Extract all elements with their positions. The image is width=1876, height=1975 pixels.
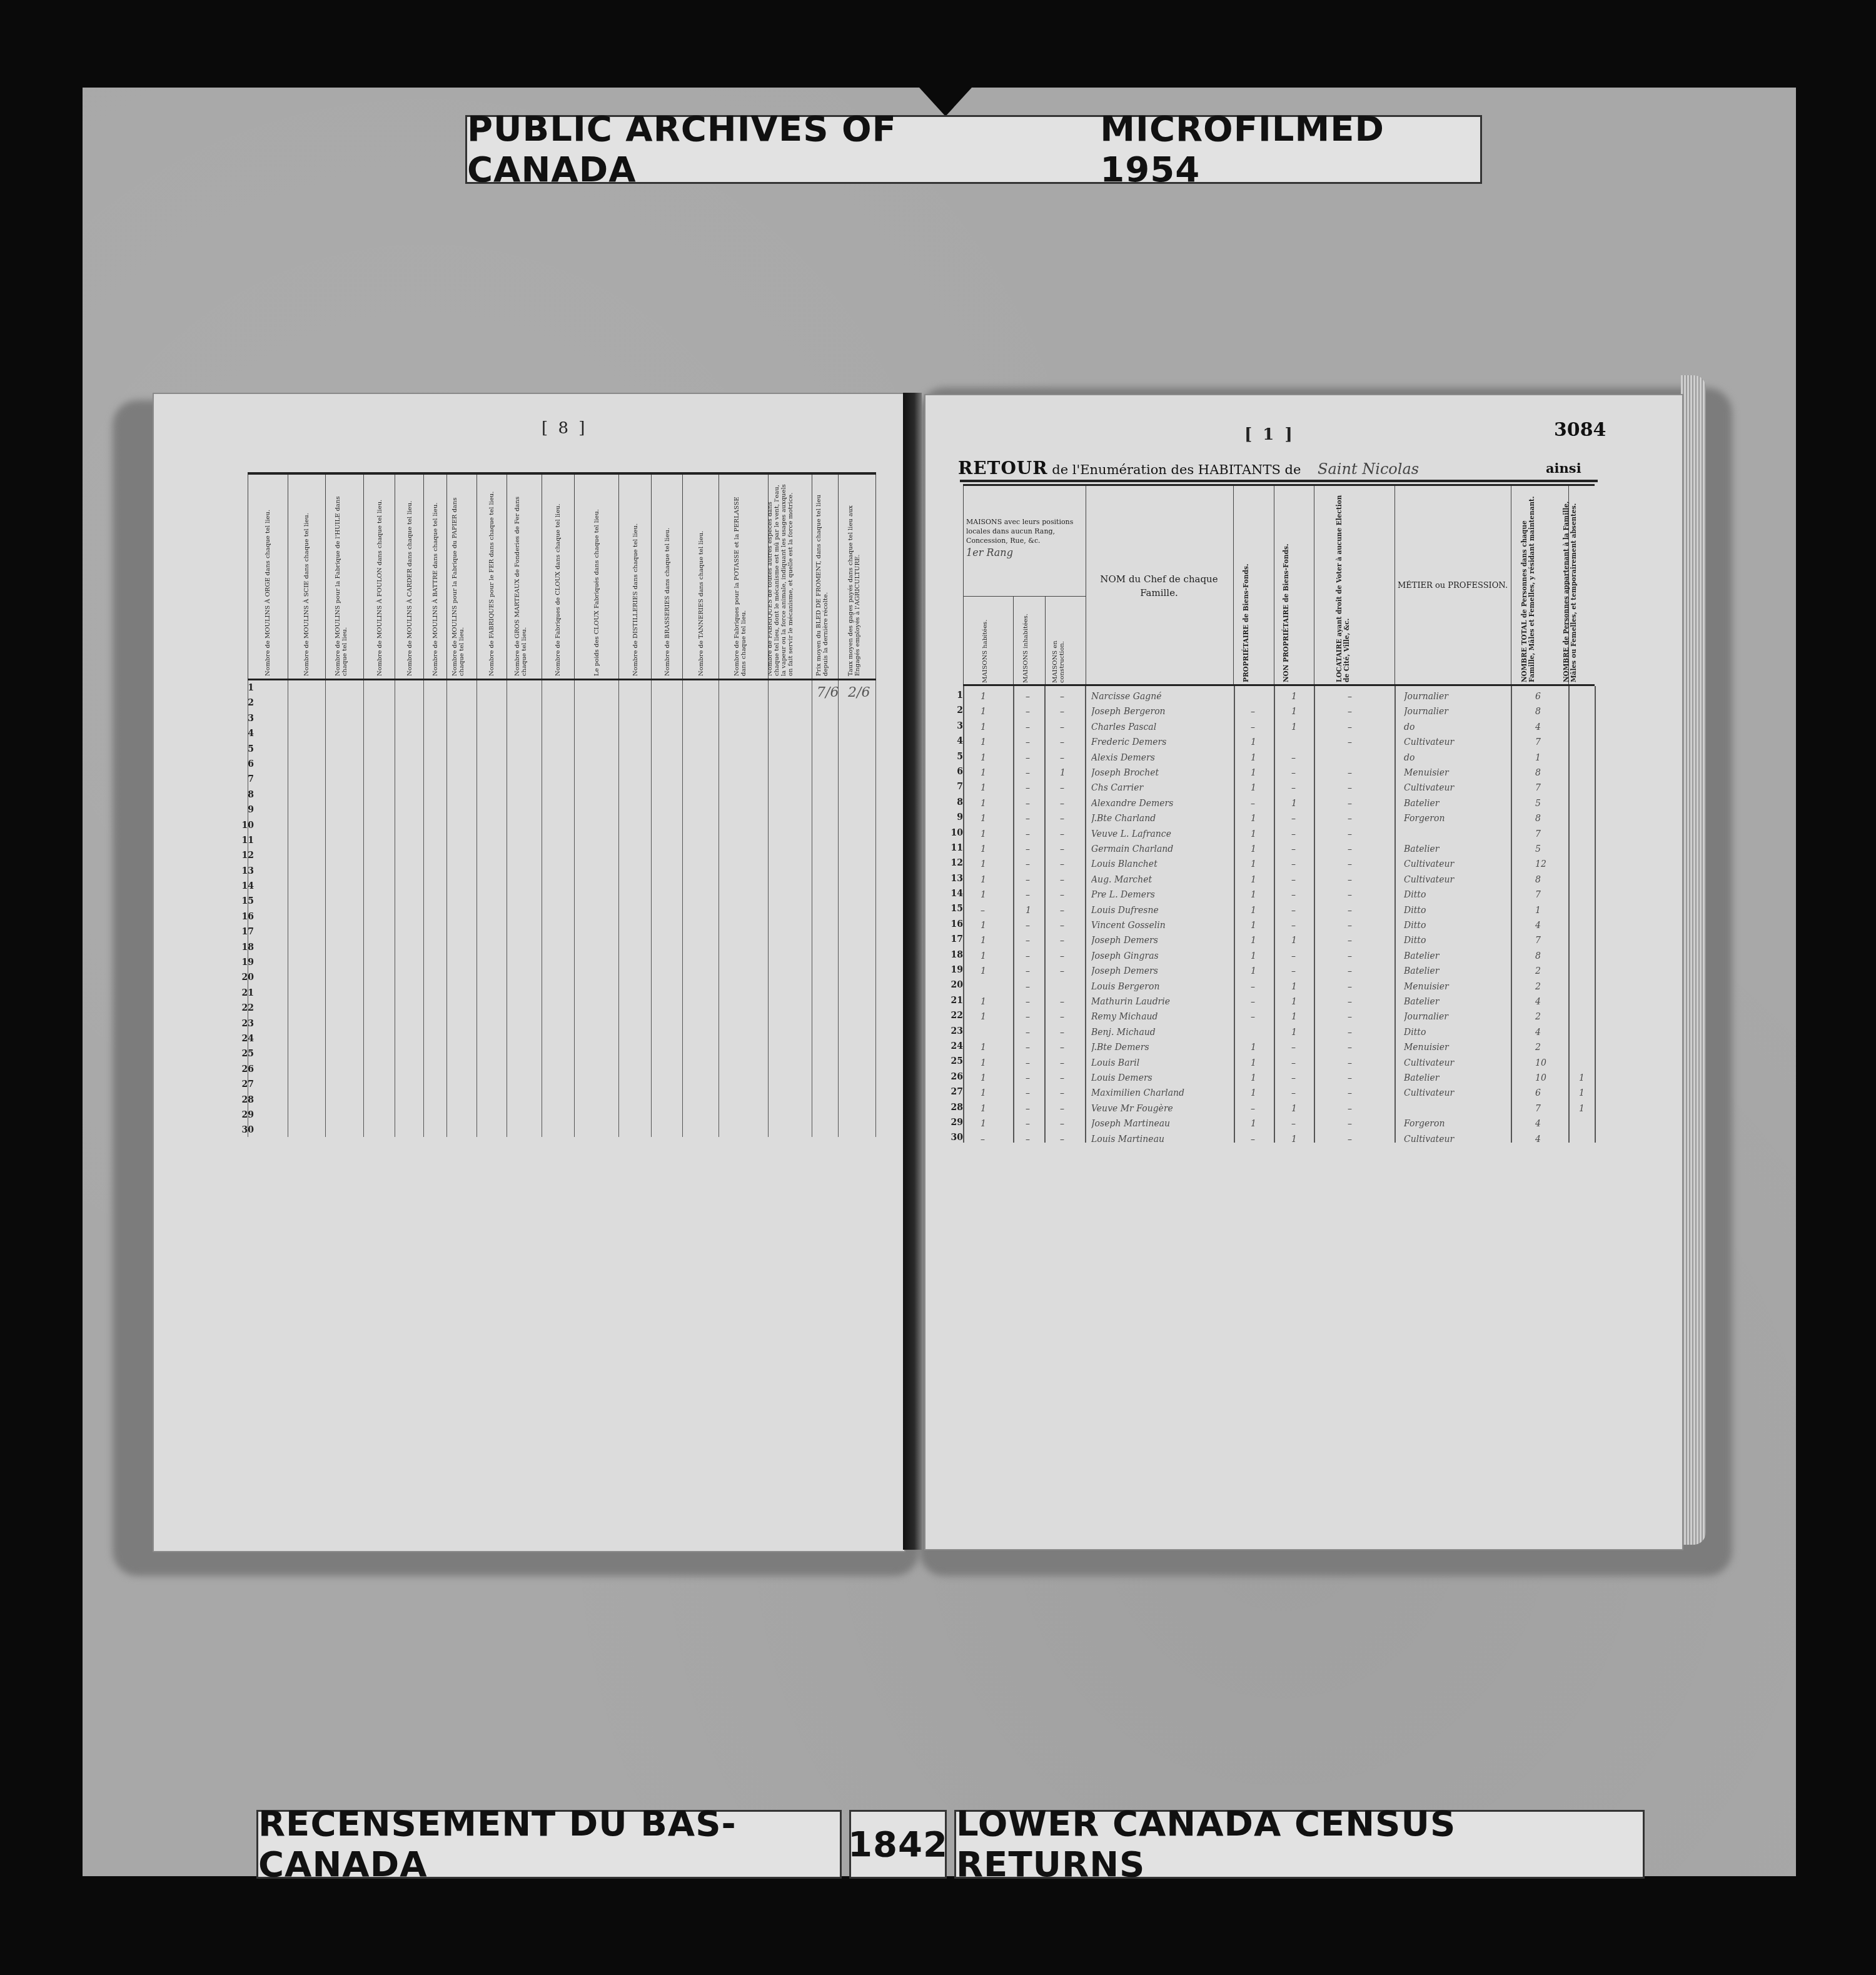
left-grid-column bbox=[424, 680, 446, 1137]
cell-prop: 1 bbox=[1251, 737, 1256, 747]
table-row: 1––Joseph Bergeron–1–Journalier8 bbox=[963, 705, 1595, 720]
cell-hab: 1 bbox=[981, 722, 986, 732]
cell-nom: Vincent Gosselin bbox=[1091, 921, 1232, 931]
table-row: 1––Louis Blanchet1––Cultivateur12 bbox=[963, 858, 1595, 873]
cell-con: 1 bbox=[1060, 768, 1066, 778]
left-grid-column bbox=[652, 680, 683, 1137]
cell-abs: 1 bbox=[1579, 1073, 1585, 1083]
table-row: 1––Louis Demers1––Batelier101 bbox=[963, 1072, 1595, 1087]
cell-hab: 1 bbox=[981, 799, 986, 809]
left-column-header-text: Nombre de MOULINS À SCIE dans chaque tel… bbox=[303, 482, 310, 676]
cell-total: 7 bbox=[1535, 890, 1541, 900]
cell-total: 4 bbox=[1535, 1134, 1541, 1144]
cell-nom: Maximilien Charland bbox=[1091, 1088, 1232, 1098]
cell-metier: Ditto bbox=[1404, 921, 1507, 931]
title-middle: de l'Enumération des HABITANTS de bbox=[1052, 462, 1301, 477]
left-row-number: 23 bbox=[241, 1019, 254, 1034]
cell-con: – bbox=[1060, 737, 1064, 747]
left-row-number: 15 bbox=[241, 896, 254, 911]
left-row-number: 3 bbox=[241, 714, 254, 729]
cell-hab: 1 bbox=[981, 997, 986, 1007]
cell-con: – bbox=[1060, 1073, 1064, 1083]
table-row: 1––Alexandre Demers–1–Batelier5 bbox=[963, 797, 1595, 812]
left-column-header-text: Prix moyen du BLED DE FROMENT, dans chaq… bbox=[815, 482, 829, 676]
cell-nom: Charles Pascal bbox=[1091, 722, 1232, 732]
cell-con: – bbox=[1060, 1028, 1064, 1038]
right-page-number: [ 1 ] bbox=[1244, 425, 1295, 444]
table-row: –––Louis Martineau–1–Cultivateur4 bbox=[963, 1133, 1595, 1148]
right-row-number: 10 bbox=[938, 828, 963, 843]
cell-prop: 1 bbox=[1251, 768, 1256, 778]
rang-label: 1er Rang bbox=[966, 548, 1082, 557]
cell-loc: – bbox=[1348, 875, 1352, 885]
cell-abs: 1 bbox=[1579, 1104, 1585, 1114]
cell-nonprop: 1 bbox=[1291, 722, 1297, 732]
cell-metier: Batelier bbox=[1404, 799, 1507, 809]
left-grid-column bbox=[812, 680, 839, 1137]
cell-nom: Frederic Demers bbox=[1091, 737, 1232, 747]
left-page-grid bbox=[248, 679, 876, 1137]
table-row: 1––Veuve Mr Fougère–1–71 bbox=[963, 1103, 1595, 1118]
cell-con: – bbox=[1060, 707, 1064, 717]
cell-total: 4 bbox=[1535, 1119, 1541, 1129]
header-maisons-construction: MAISONS en construction. bbox=[1052, 599, 1066, 683]
right-row-number: 30 bbox=[938, 1133, 963, 1148]
cell-con: – bbox=[1060, 829, 1064, 839]
cell-loc: – bbox=[1348, 906, 1352, 916]
cell-con: – bbox=[1060, 875, 1064, 885]
left-column-header-text: Nombre de FABRIQUES pour le FER dans cha… bbox=[488, 482, 495, 676]
table-row: 1––Germain Charland1––Batelier5 bbox=[963, 843, 1595, 858]
left-column-header: Nombre de MOULINS À SCIE dans chaque tel… bbox=[288, 475, 326, 681]
cell-inh: – bbox=[1026, 1043, 1030, 1053]
cell-nonprop: – bbox=[1291, 859, 1296, 869]
cell-nonprop: – bbox=[1291, 1088, 1296, 1098]
cell-nom: Joseph Martineau bbox=[1091, 1119, 1232, 1129]
cell-nom: J.Bte Demers bbox=[1091, 1043, 1232, 1053]
right-page-column-headers: MAISONS avec leurs positions locales dan… bbox=[963, 484, 1595, 686]
left-row-number: 21 bbox=[241, 988, 254, 1003]
right-row-number: 15 bbox=[938, 904, 963, 919]
cell-total: 6 bbox=[1535, 692, 1541, 702]
right-row-number: 22 bbox=[938, 1011, 963, 1026]
cell-inh: – bbox=[1026, 1104, 1030, 1114]
archive-name: PUBLIC ARCHIVES OF CANADA bbox=[467, 109, 1052, 190]
cell-loc: – bbox=[1348, 1058, 1352, 1068]
cell-prop: 1 bbox=[1251, 1073, 1256, 1083]
cell-hab: 1 bbox=[981, 921, 986, 931]
left-row-number: 27 bbox=[241, 1079, 254, 1094]
archive-banner-top: PUBLIC ARCHIVES OF CANADA MICROFILMED 19… bbox=[465, 115, 1482, 184]
cell-nom: Joseph Bergeron bbox=[1091, 707, 1232, 717]
left-row-number: 2 bbox=[241, 698, 254, 713]
cell-metier: Forgeron bbox=[1404, 814, 1507, 824]
left-grid-column bbox=[719, 680, 769, 1137]
cell-nonprop: – bbox=[1291, 921, 1296, 931]
cell-nom: J.Bte Charland bbox=[1091, 814, 1232, 824]
right-row-numbers: 1234567891011121314151617181920212223242… bbox=[938, 690, 963, 1148]
cell-prop: – bbox=[1251, 707, 1255, 717]
cell-inh: – bbox=[1026, 722, 1030, 732]
cell-con: – bbox=[1060, 814, 1064, 824]
cell-inh: – bbox=[1026, 997, 1030, 1007]
cell-con: – bbox=[1060, 844, 1064, 854]
cell-con: – bbox=[1060, 890, 1064, 900]
table-row: –Louis Bergeron–1–Menuisier2 bbox=[963, 981, 1595, 996]
table-row: 1––Charles Pascal–1–do4 bbox=[963, 721, 1595, 736]
cell-prop: 1 bbox=[1251, 829, 1256, 839]
cell-nonprop: – bbox=[1291, 1058, 1296, 1068]
cell-prop: – bbox=[1251, 1134, 1255, 1144]
left-row-number: 18 bbox=[241, 942, 254, 957]
left-column-header-text: Nombre de Fabriques de CLOUX dans chaque… bbox=[555, 482, 562, 676]
right-row-number: 1 bbox=[938, 690, 963, 705]
cell-nom: Veuve L. Lafrance bbox=[1091, 829, 1232, 839]
right-row-number: 13 bbox=[938, 874, 963, 889]
left-column-header: Nombre de MOULINS À CARDER dans chaque t… bbox=[395, 475, 424, 681]
cell-inh: – bbox=[1026, 859, 1030, 869]
cell-loc: – bbox=[1348, 966, 1352, 976]
maisons-header: MAISONS avec leurs positions locales dan… bbox=[963, 486, 1086, 686]
cell-total: 7 bbox=[1535, 1104, 1541, 1114]
cell-nonprop: – bbox=[1291, 890, 1296, 900]
table-row: 1––Chs Carrier1––Cultivateur7 bbox=[963, 782, 1595, 797]
cell-hab: 1 bbox=[981, 875, 986, 885]
cell-prop: – bbox=[1251, 722, 1255, 732]
cell-inh: – bbox=[1026, 844, 1030, 854]
title-suffix: ainsi bbox=[1546, 460, 1581, 476]
cell-nonprop: – bbox=[1291, 844, 1296, 854]
right-row-number: 20 bbox=[938, 980, 963, 995]
left-grid-column bbox=[683, 680, 719, 1137]
cell-inh: – bbox=[1026, 814, 1030, 824]
cell-nom: Joseph Gingras bbox=[1091, 951, 1232, 961]
table-row: 1––Alexis Demers1–do1 bbox=[963, 752, 1595, 767]
cell-nonprop: – bbox=[1291, 829, 1296, 839]
cell-total: 1 bbox=[1535, 906, 1541, 916]
cell-nom: Narcisse Gagné bbox=[1091, 692, 1232, 702]
header-locataire: LOCATAIRE ayant droit de Voter à aucune … bbox=[1336, 495, 1351, 682]
cell-con: – bbox=[1060, 951, 1064, 961]
left-row-number: 26 bbox=[241, 1064, 254, 1079]
cell-metier: Cultivateur bbox=[1404, 1134, 1507, 1144]
cell-total: 7 bbox=[1535, 936, 1541, 946]
right-row-number: 19 bbox=[938, 965, 963, 980]
title-retour: RETOUR bbox=[958, 458, 1048, 478]
left-row-number: 16 bbox=[241, 912, 254, 927]
left-row-number: 8 bbox=[241, 790, 254, 805]
cell-prop: 1 bbox=[1251, 1043, 1256, 1053]
cell-inh: – bbox=[1026, 1028, 1030, 1038]
cell-nom: Joseph Brochet bbox=[1091, 768, 1232, 778]
cell-total: 5 bbox=[1535, 844, 1541, 854]
left-page-column-headers: Nombre de MOULINS À ORGE dans chaque tel… bbox=[248, 472, 876, 681]
header-proprietaire: PROPRIÉTAIRE de Biens-Fonds. bbox=[1243, 495, 1250, 682]
cell-inh: – bbox=[1026, 829, 1030, 839]
cell-total: 12 bbox=[1535, 859, 1546, 869]
cell-metier: Cultivateur bbox=[1404, 859, 1507, 869]
table-row: 1––Frederic Demers1–Cultivateur7 bbox=[963, 736, 1595, 751]
cell-loc: – bbox=[1348, 1073, 1352, 1083]
right-row-number: 11 bbox=[938, 843, 963, 858]
cell-nonprop: 1 bbox=[1291, 799, 1297, 809]
cell-total: 8 bbox=[1535, 814, 1541, 824]
left-column-header-text: Nombre de GROS MARTEAUX de Fonderies de … bbox=[514, 482, 528, 676]
cell-nonprop: 1 bbox=[1291, 1012, 1297, 1022]
cell-loc: – bbox=[1348, 1134, 1352, 1144]
cell-con: – bbox=[1060, 1043, 1064, 1053]
left-column-header: Nombre de MOULINS pour la Fabrique de l'… bbox=[326, 475, 365, 681]
cell-nom: Chs Carrier bbox=[1091, 783, 1232, 793]
right-row-number: 25 bbox=[938, 1056, 963, 1071]
right-row-number: 16 bbox=[938, 919, 963, 934]
cell-nonprop: 1 bbox=[1291, 707, 1297, 717]
cell-inh: 1 bbox=[1026, 906, 1031, 916]
table-row: 1––Joseph Martineau1––Forgeron4 bbox=[963, 1118, 1595, 1133]
cell-total: 7 bbox=[1535, 829, 1541, 839]
cell-loc: – bbox=[1348, 890, 1352, 900]
cell-inh: – bbox=[1026, 936, 1030, 946]
cell-loc: – bbox=[1348, 951, 1352, 961]
table-row: ––Benj. Michaud1–Ditto4 bbox=[963, 1026, 1595, 1041]
left-row-number: 1 bbox=[241, 683, 254, 698]
cell-hab: 1 bbox=[981, 829, 986, 839]
left-column-header-text: Le poids des CLOUX Fabriqués dans chaque… bbox=[593, 482, 600, 676]
right-row-number: 3 bbox=[938, 721, 963, 736]
cell-hab: 1 bbox=[981, 859, 986, 869]
left-grid-column bbox=[575, 680, 620, 1137]
cell-total: 2 bbox=[1535, 982, 1541, 992]
left-grid-column bbox=[619, 680, 652, 1137]
left-row-number: 28 bbox=[241, 1095, 254, 1110]
cell-loc: – bbox=[1348, 982, 1352, 992]
cell-total: 8 bbox=[1535, 875, 1541, 885]
cell-inh: – bbox=[1026, 1119, 1030, 1129]
cell-prop: 1 bbox=[1251, 875, 1256, 885]
cell-inh: – bbox=[1026, 890, 1030, 900]
right-row-number: 18 bbox=[938, 950, 963, 965]
cell-nonprop: – bbox=[1291, 906, 1296, 916]
cell-prop: 1 bbox=[1251, 1088, 1256, 1098]
cell-metier: Ditto bbox=[1404, 906, 1507, 916]
cell-nonprop: – bbox=[1291, 1119, 1296, 1129]
cell-inh: – bbox=[1026, 768, 1030, 778]
right-row-number: 7 bbox=[938, 782, 963, 797]
cell-total: 10 bbox=[1535, 1058, 1546, 1068]
right-row-number: 21 bbox=[938, 996, 963, 1011]
cell-metier: Menuisier bbox=[1404, 982, 1507, 992]
left-row-number: 6 bbox=[241, 759, 254, 774]
right-row-number: 4 bbox=[938, 736, 963, 751]
cell-metier: Batelier bbox=[1404, 997, 1507, 1007]
cell-loc: – bbox=[1348, 936, 1352, 946]
cell-con: – bbox=[1060, 1012, 1064, 1022]
left-grid-column bbox=[326, 680, 365, 1137]
left-column-header: Nombre de MOULINS À BATTRE dans chaque t… bbox=[424, 475, 446, 681]
cell-inh: – bbox=[1026, 1088, 1030, 1098]
cell-metier: do bbox=[1404, 753, 1507, 763]
left-row-number: 12 bbox=[241, 851, 254, 866]
cell-hab: 1 bbox=[981, 1104, 986, 1114]
left-grid-column bbox=[542, 680, 575, 1137]
header-nombre-total: NOMBRE TOTAL de Personnes dans chaque Fa… bbox=[1521, 495, 1536, 682]
cell-prop: 1 bbox=[1251, 921, 1256, 931]
cell-con: – bbox=[1060, 906, 1064, 916]
left-row-numbers: 1234567891011121314151617181920212223242… bbox=[241, 683, 254, 1141]
cell-metier: Journalier bbox=[1404, 1012, 1507, 1022]
cell-loc: – bbox=[1348, 829, 1352, 839]
table-row: 1––J.Bte Demers1––Menuisier2 bbox=[963, 1041, 1595, 1056]
cell-nom: Benj. Michaud bbox=[1091, 1028, 1232, 1038]
cell-con: – bbox=[1060, 753, 1064, 763]
left-row-number: 30 bbox=[241, 1125, 254, 1140]
cell-total: 2 bbox=[1535, 1012, 1541, 1022]
cell-nonprop: – bbox=[1291, 783, 1296, 793]
cell-inh: – bbox=[1026, 982, 1030, 992]
left-page: [ 8 ] Nombre de MOULINS À ORGE dans chaq… bbox=[153, 393, 905, 1552]
cell-hab: 1 bbox=[981, 936, 986, 946]
cell-nonprop: – bbox=[1291, 951, 1296, 961]
right-row-number: 8 bbox=[938, 797, 963, 812]
cell-prop: – bbox=[1251, 982, 1255, 992]
cell-prop: 1 bbox=[1251, 890, 1256, 900]
cell-prop: – bbox=[1251, 997, 1255, 1007]
cell-nom: Mathurin Laudrie bbox=[1091, 997, 1232, 1007]
table-row: 1––Remy Michaud–1–Journalier2 bbox=[963, 1011, 1595, 1026]
folio-number: 3084 bbox=[1554, 419, 1606, 441]
cell-prop: 1 bbox=[1251, 966, 1256, 976]
cell-con: – bbox=[1060, 799, 1064, 809]
cell-nonprop: – bbox=[1291, 1073, 1296, 1083]
cell-nonprop: 1 bbox=[1291, 1028, 1297, 1038]
cell-nom: Louis Blanchet bbox=[1091, 859, 1232, 869]
cell-inh: – bbox=[1026, 921, 1030, 931]
cell-con: – bbox=[1060, 997, 1064, 1007]
cell-loc: – bbox=[1348, 1119, 1352, 1129]
cell-total: 6 bbox=[1535, 1088, 1541, 1098]
cell-prop: – bbox=[1251, 1104, 1255, 1114]
left-column-header-text: Nombre de FABRIQUES de toutes autres esp… bbox=[769, 482, 794, 676]
right-row-number: 28 bbox=[938, 1103, 963, 1118]
left-column-header: Nombre de BRASSERIES dans chaque tel lie… bbox=[652, 475, 683, 681]
cell-con: – bbox=[1060, 1088, 1064, 1098]
table-row: 1––Vincent Gosselin1––Ditto4 bbox=[963, 919, 1595, 934]
left-column-header-text: Nombre de BRASSERIES dans chaque tel lie… bbox=[664, 482, 671, 676]
cell-nom: Louis Dufresne bbox=[1091, 906, 1232, 916]
left-column-header: Nombre de TANNERIES dans chaque tel lieu… bbox=[683, 475, 719, 681]
cell-con: – bbox=[1060, 1058, 1064, 1068]
cell-inh: – bbox=[1026, 1073, 1030, 1083]
cell-metier: Cultivateur bbox=[1404, 737, 1507, 747]
left-grid-column bbox=[364, 680, 395, 1137]
left-column-header: Nombre de MOULINS À ORGE dans chaque tel… bbox=[248, 475, 288, 681]
cell-prop: 1 bbox=[1251, 783, 1256, 793]
header-maisons-habitees: MAISONS habitées. bbox=[982, 599, 989, 683]
cell-nom: Joseph Demers bbox=[1091, 936, 1232, 946]
cell-inh: – bbox=[1026, 692, 1030, 702]
cell-inh: – bbox=[1026, 783, 1030, 793]
cell-hab: 1 bbox=[981, 951, 986, 961]
cell-hab: 1 bbox=[981, 966, 986, 976]
cell-prop: 1 bbox=[1251, 859, 1256, 869]
cell-hab: 1 bbox=[981, 890, 986, 900]
table-row: 1––Joseph Demers11–Ditto7 bbox=[963, 934, 1595, 949]
cell-prop: 1 bbox=[1251, 814, 1256, 824]
cell-nom: Louis Demers bbox=[1091, 1073, 1232, 1083]
cell-hab: 1 bbox=[981, 1073, 986, 1083]
table-row: 1––Veuve L. Lafrance1––7 bbox=[963, 828, 1595, 843]
left-row-number: 20 bbox=[241, 972, 254, 987]
cell-prop: 1 bbox=[1251, 951, 1256, 961]
cell-loc: – bbox=[1348, 1012, 1352, 1022]
table-row: 1––Joseph Gingras1––Batelier8 bbox=[963, 950, 1595, 965]
left-column-header: Nombre de MOULINS À FOULON dans chaque t… bbox=[364, 475, 395, 681]
left-column-header-text: Nombre de MOULINS pour la Fabrique du PA… bbox=[451, 482, 465, 676]
left-column-header: Nombre de DISTILLERIES dans chaque tel l… bbox=[619, 475, 652, 681]
cell-nom: Aug. Marchet bbox=[1091, 875, 1232, 885]
census-year: 1842 bbox=[849, 1810, 947, 1879]
cell-nonprop: – bbox=[1291, 814, 1296, 824]
cell-loc: – bbox=[1348, 768, 1352, 778]
cell-metier: Journalier bbox=[1404, 707, 1507, 717]
left-column-header-text: Nombre de MOULINS À ORGE dans chaque tel… bbox=[265, 482, 271, 676]
table-row: 1––J.Bte Charland1––Forgeron8 bbox=[963, 812, 1595, 827]
cell-nom: Pre L. Demers bbox=[1091, 890, 1232, 900]
cell-total: 1 bbox=[1535, 753, 1541, 763]
cell-total: 10 bbox=[1535, 1073, 1546, 1083]
right-row-number: 9 bbox=[938, 812, 963, 827]
cell-metier: Cultivateur bbox=[1404, 783, 1507, 793]
left-row-number: 19 bbox=[241, 957, 254, 972]
right-row-number: 24 bbox=[938, 1041, 963, 1056]
cell-nom: Remy Michaud bbox=[1091, 1012, 1232, 1022]
cell-loc: – bbox=[1348, 692, 1352, 702]
cell-total: 4 bbox=[1535, 722, 1541, 732]
cell-metier: Cultivateur bbox=[1404, 875, 1507, 885]
cell-total: 2 bbox=[1535, 966, 1541, 976]
cell-total: 7 bbox=[1535, 737, 1541, 747]
cell-nonprop: 1 bbox=[1291, 1134, 1297, 1144]
left-grid-column bbox=[395, 680, 424, 1137]
left-column-header-text: Nombre de MOULINS À CARDER dans chaque t… bbox=[406, 482, 413, 676]
cell-nom: Louis Martineau bbox=[1091, 1134, 1232, 1144]
cell-hab: 1 bbox=[981, 1088, 986, 1098]
cell-con: – bbox=[1060, 1119, 1064, 1129]
left-column-header: Nombre de FABRIQUES pour le FER dans cha… bbox=[477, 475, 507, 681]
cell-nonprop: 1 bbox=[1291, 936, 1297, 946]
left-column-header: Taux moyen des gages payés dans chaque t… bbox=[839, 475, 876, 681]
cell-loc: – bbox=[1348, 859, 1352, 869]
cell-nonprop: – bbox=[1291, 753, 1296, 763]
header-nombre-absents: NOMBRE de Personnes appartenant à la Fam… bbox=[1563, 495, 1578, 682]
cell-metier: Batelier bbox=[1404, 1073, 1507, 1083]
cell-loc: – bbox=[1348, 783, 1352, 793]
cell-con: – bbox=[1060, 722, 1064, 732]
left-row-number: 10 bbox=[241, 821, 254, 836]
left-column-header-text: Nombre de MOULINS pour la Fabrique de l'… bbox=[335, 482, 348, 676]
left-grid-column bbox=[507, 680, 542, 1137]
cell-abs: 1 bbox=[1579, 1088, 1585, 1098]
cell-loc: – bbox=[1348, 997, 1352, 1007]
cell-metier: Journalier bbox=[1404, 692, 1507, 702]
left-column-header-text: Nombre de TANNERIES dans chaque tel lieu… bbox=[698, 482, 705, 676]
cell-total: 5 bbox=[1535, 799, 1541, 809]
cell-nonprop: – bbox=[1291, 1043, 1296, 1053]
page-stack-edge bbox=[1681, 375, 1706, 1545]
left-row-number: 14 bbox=[241, 881, 254, 896]
archive-banner-bottom: RECENSEMENT DU BAS-CANADA 1842 LOWER CAN… bbox=[256, 1810, 1645, 1875]
left-column-header: Nombre de GROS MARTEAUX de Fonderies de … bbox=[507, 475, 542, 681]
